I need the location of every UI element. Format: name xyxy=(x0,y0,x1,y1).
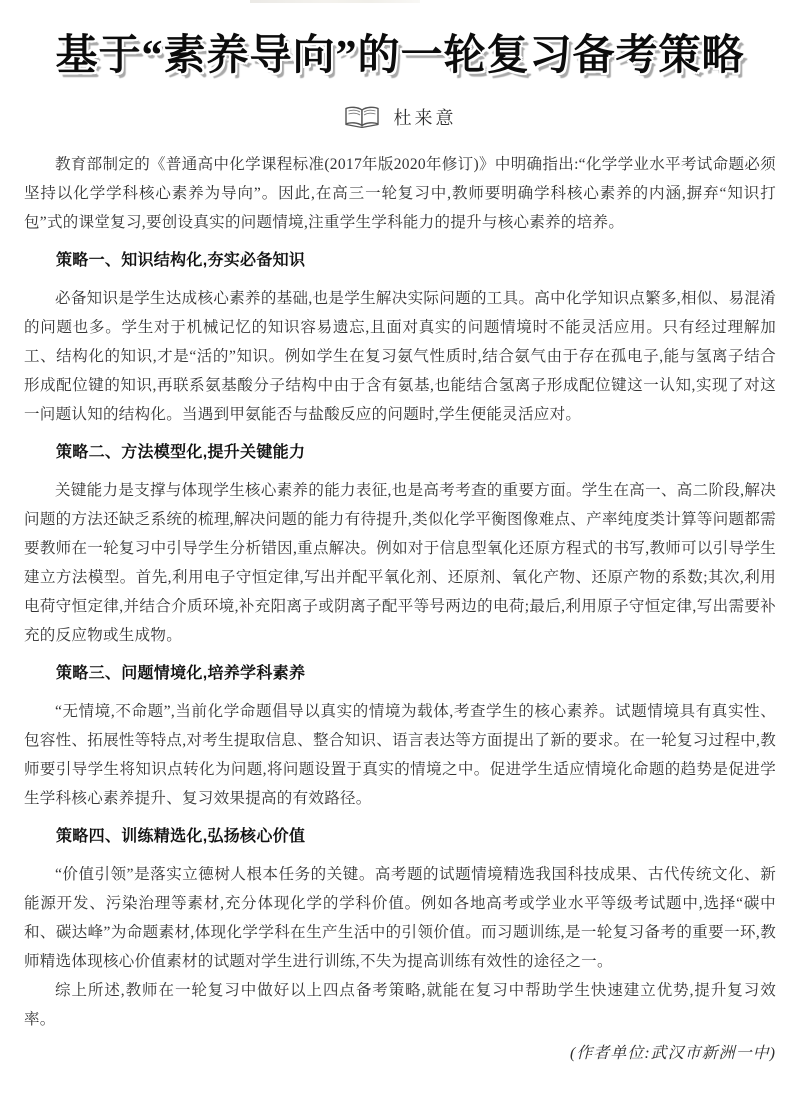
author-affiliation: (作者单位:武汉市新洲一中) xyxy=(24,1040,776,1063)
section-2-paragraph: 关键能力是支撑与体现学生核心素养的能力表征,也是高考考查的重要方面。学生在高一、… xyxy=(24,476,776,650)
section-2-heading: 策略二、方法模型化,提升关键能力 xyxy=(24,438,776,467)
section-1-paragraph: 必备知识是学生达成核心素养的基础,也是学生解决实际问题的工具。高中化学知识点繁多… xyxy=(24,284,776,429)
section-3-paragraph: “无情境,不命题”,当前化学命题倡导以真实的情境为载体,考查学生的核心素养。试题… xyxy=(24,697,776,813)
open-book-icon xyxy=(344,106,380,128)
article-body: 教育部制定的《普通高中化学课程标准(2017年版2020年修订)》中明确指出:“… xyxy=(24,150,776,1034)
section-4-heading: 策略四、训练精选化,弘扬核心价值 xyxy=(24,822,776,851)
section-1-heading: 策略一、知识结构化,夯实必备知识 xyxy=(24,246,776,275)
article-page: 基于“素养导向”的一轮复习备考策略 杜来意 教育部制定的《普通高中化学课程标准(… xyxy=(0,0,800,1106)
page-top-scan-artifact xyxy=(250,0,420,3)
section-4-paragraph: “价值引领”是落实立德树人根本任务的关键。高考题的试题情境精选我国科技成果、古代… xyxy=(24,860,776,976)
intro-paragraph: 教育部制定的《普通高中化学课程标准(2017年版2020年修订)》中明确指出:“… xyxy=(24,150,776,237)
conclusion-paragraph: 综上所述,教师在一轮复习中做好以上四点备考策略,就能在复习中帮助学生快速建立优势… xyxy=(24,976,776,1034)
page-title: 基于“素养导向”的一轮复习备考策略 xyxy=(24,30,776,82)
section-3-heading: 策略三、问题情境化,培养学科素养 xyxy=(24,659,776,688)
author-name: 杜来意 xyxy=(394,104,457,130)
byline: 杜来意 xyxy=(0,104,800,130)
